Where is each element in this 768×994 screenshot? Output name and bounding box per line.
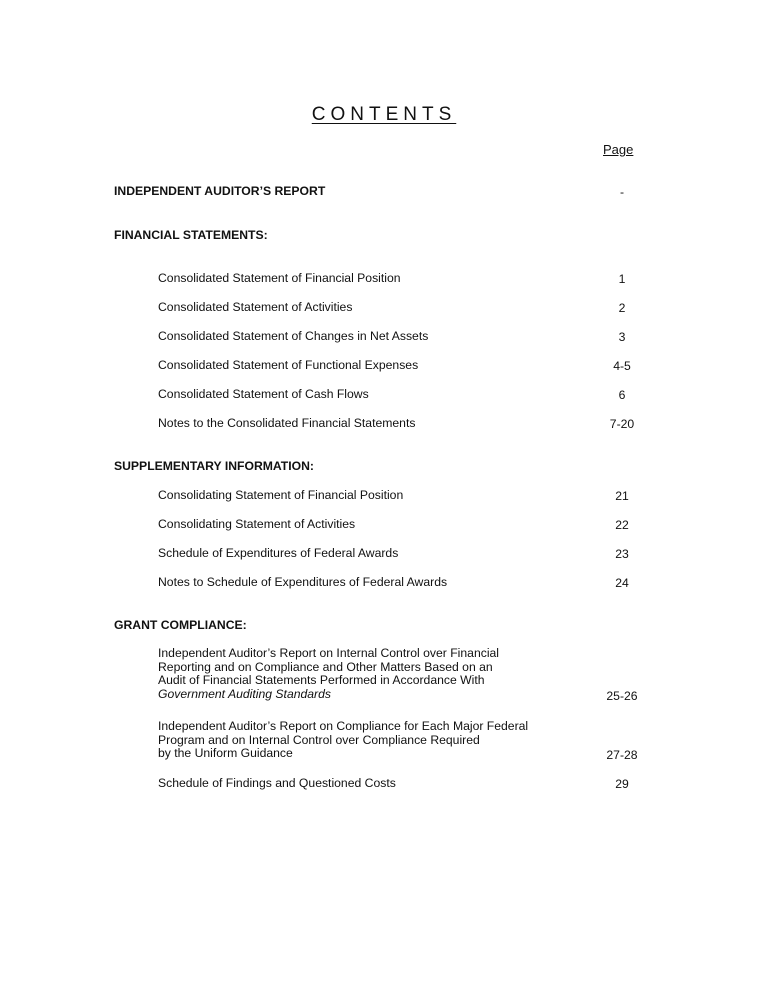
toc-item-line: Government Auditing Standards	[158, 687, 331, 701]
toc-section-financial-statements: FINANCIAL STATEMENTS:	[114, 229, 268, 243]
toc-page: 29	[592, 777, 652, 791]
toc-item: Consolidating Statement of Activities	[158, 518, 558, 532]
toc-page: -	[592, 185, 652, 199]
toc-page: 24	[592, 576, 652, 590]
toc-item: Consolidated Statement of Financial Posi…	[158, 272, 558, 286]
toc-page: 3	[592, 330, 652, 344]
toc-item-multiline: Independent Auditor’s Report on Complian…	[158, 720, 578, 761]
toc-item-line: Reporting and on Compliance and Other Ma…	[158, 661, 578, 675]
toc-page: 6	[592, 388, 652, 402]
toc-item-line: Program and on Internal Control over Com…	[158, 734, 578, 748]
toc-page: 27-28	[592, 748, 652, 762]
toc-page: 7-20	[592, 417, 652, 431]
toc-item-line: Audit of Financial Statements Performed …	[158, 674, 578, 688]
toc-item: Consolidated Statement of Cash Flows	[158, 388, 558, 402]
toc-item: Consolidating Statement of Financial Pos…	[158, 489, 558, 503]
toc-item-line: Independent Auditor’s Report on Internal…	[158, 647, 578, 661]
page-column-header: Page	[603, 142, 633, 157]
contents-title: CONTENTS	[0, 104, 768, 126]
toc-page: 25-26	[592, 689, 652, 703]
toc-item-line: by the Uniform Guidance	[158, 747, 578, 761]
toc-item: Consolidated Statement of Changes in Net…	[158, 330, 558, 344]
toc-page: 2	[592, 301, 652, 315]
toc-page: 1	[592, 272, 652, 286]
toc-item: Notes to the Consolidated Financial Stat…	[158, 417, 558, 431]
toc-item: Consolidated Statement of Activities	[158, 301, 558, 315]
toc-section-grant-compliance: GRANT COMPLIANCE:	[114, 619, 247, 633]
toc-section-auditors-report: INDEPENDENT AUDITOR’S REPORT	[114, 185, 325, 199]
toc-item-multiline: Independent Auditor’s Report on Internal…	[158, 647, 578, 701]
toc-item: Schedule of Findings and Questioned Cost…	[158, 777, 558, 791]
toc-page: 4-5	[592, 359, 652, 373]
toc-item: Schedule of Expenditures of Federal Awar…	[158, 547, 558, 561]
toc-page: 23	[592, 547, 652, 561]
toc-page: 21	[592, 489, 652, 503]
toc-section-supplementary: SUPPLEMENTARY INFORMATION:	[114, 460, 314, 474]
toc-page: 22	[592, 518, 652, 532]
toc-item: Notes to Schedule of Expenditures of Fed…	[158, 576, 558, 590]
toc-item-line: Independent Auditor’s Report on Complian…	[158, 720, 578, 734]
toc-item: Consolidated Statement of Functional Exp…	[158, 359, 558, 373]
